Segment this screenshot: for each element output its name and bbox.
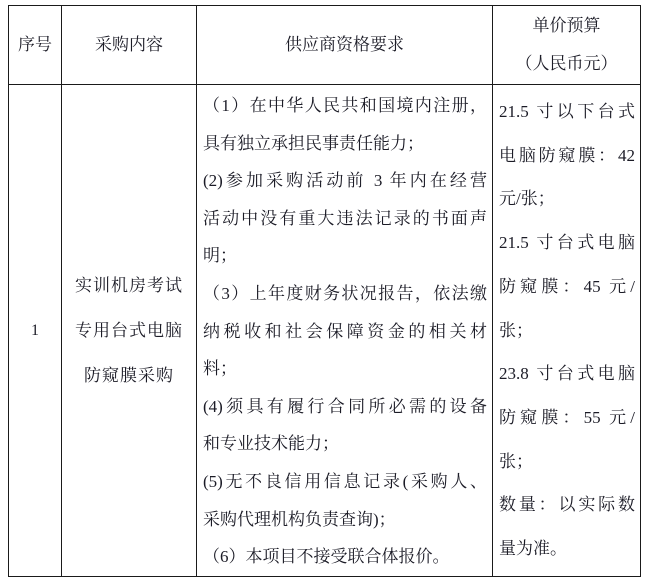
- header-label-qualification: 供应商资格要求: [285, 26, 404, 64]
- budget-line: 防窥膜：45 元/: [499, 265, 635, 309]
- budget-line: 电脑防窥膜：42: [499, 134, 635, 178]
- qualification-line: 和专业技术能力；: [203, 425, 487, 463]
- budget-line: 21.5 寸台式电脑: [499, 221, 635, 265]
- qualification-line: 纳税收和社会保障资金的相关材: [203, 313, 487, 351]
- row-cell-qualification: （1）在中华人民共和国境内注册， 具有独立承担民事责任能力； (2)参加采购活动…: [197, 85, 493, 576]
- budget-line: 张；: [499, 309, 635, 353]
- header-label-content: 采购内容: [95, 26, 163, 64]
- budget-line: 张；: [499, 440, 635, 484]
- row-seq-value: 1: [31, 322, 39, 340]
- row-cell-content: 实训机房考试 专用台式电脑 防窥膜采购: [62, 85, 197, 576]
- row-cell-budget: 21.5 寸以下台式 电脑防窥膜：42 元/张； 21.5 寸台式电脑 防窥膜：…: [493, 85, 640, 576]
- qualification-line: （1）在中华人民共和国境内注册，: [203, 87, 487, 125]
- content-line: 实训机房考试: [75, 263, 183, 308]
- qualification-line: 采购代理机构负责查询)；: [203, 501, 487, 539]
- header-cell-content: 采购内容: [62, 6, 197, 85]
- qualification-line: （6）本项目不接受联合体报价。: [203, 538, 487, 576]
- qualification-line: (4)须具有履行合同所必需的设备: [203, 388, 487, 426]
- header-cell-budget: 单价预算 （人民币元）: [493, 6, 640, 85]
- document-page: { "document": { "background": "#ffffff",…: [0, 0, 649, 586]
- qualification-line: (5)无不良信用信息记录(采购人、: [203, 463, 487, 501]
- procurement-table: 序号 采购内容 供应商资格要求 单价预算 （人民币元） 1 实训机房考试 专用台…: [8, 5, 641, 577]
- budget-line: 量为准。: [499, 527, 635, 571]
- header-label-budget-line2: （人民币元）: [516, 45, 618, 83]
- budget-line: 元/张；: [499, 177, 635, 221]
- qualification-line: 活动中没有重大违法记录的书面声: [203, 200, 487, 238]
- header-cell-qualification: 供应商资格要求: [197, 6, 493, 85]
- row-cell-seq: 1: [9, 85, 62, 576]
- budget-line: 数量：以实际数: [499, 483, 635, 527]
- qualification-line: (2)参加采购活动前 3 年内在经营: [203, 162, 487, 200]
- budget-line: 23.8 寸台式电脑: [499, 352, 635, 396]
- header-label-budget-line1: 单价预算: [533, 7, 601, 45]
- qualification-line: 具有独立承担民事责任能力；: [203, 125, 487, 163]
- qualification-line: 明；: [203, 237, 487, 275]
- qualification-line: （3）上年度财务状况报告，依法缴: [203, 275, 487, 313]
- header-label-seq: 序号: [18, 26, 52, 64]
- budget-line: 防窥膜：55 元/: [499, 396, 635, 440]
- content-line: 专用台式电脑: [75, 308, 183, 353]
- budget-line: 21.5 寸以下台式: [499, 90, 635, 134]
- qualification-line: 料；: [203, 350, 487, 388]
- content-line: 防窥膜采购: [84, 353, 174, 398]
- header-cell-seq: 序号: [9, 6, 62, 85]
